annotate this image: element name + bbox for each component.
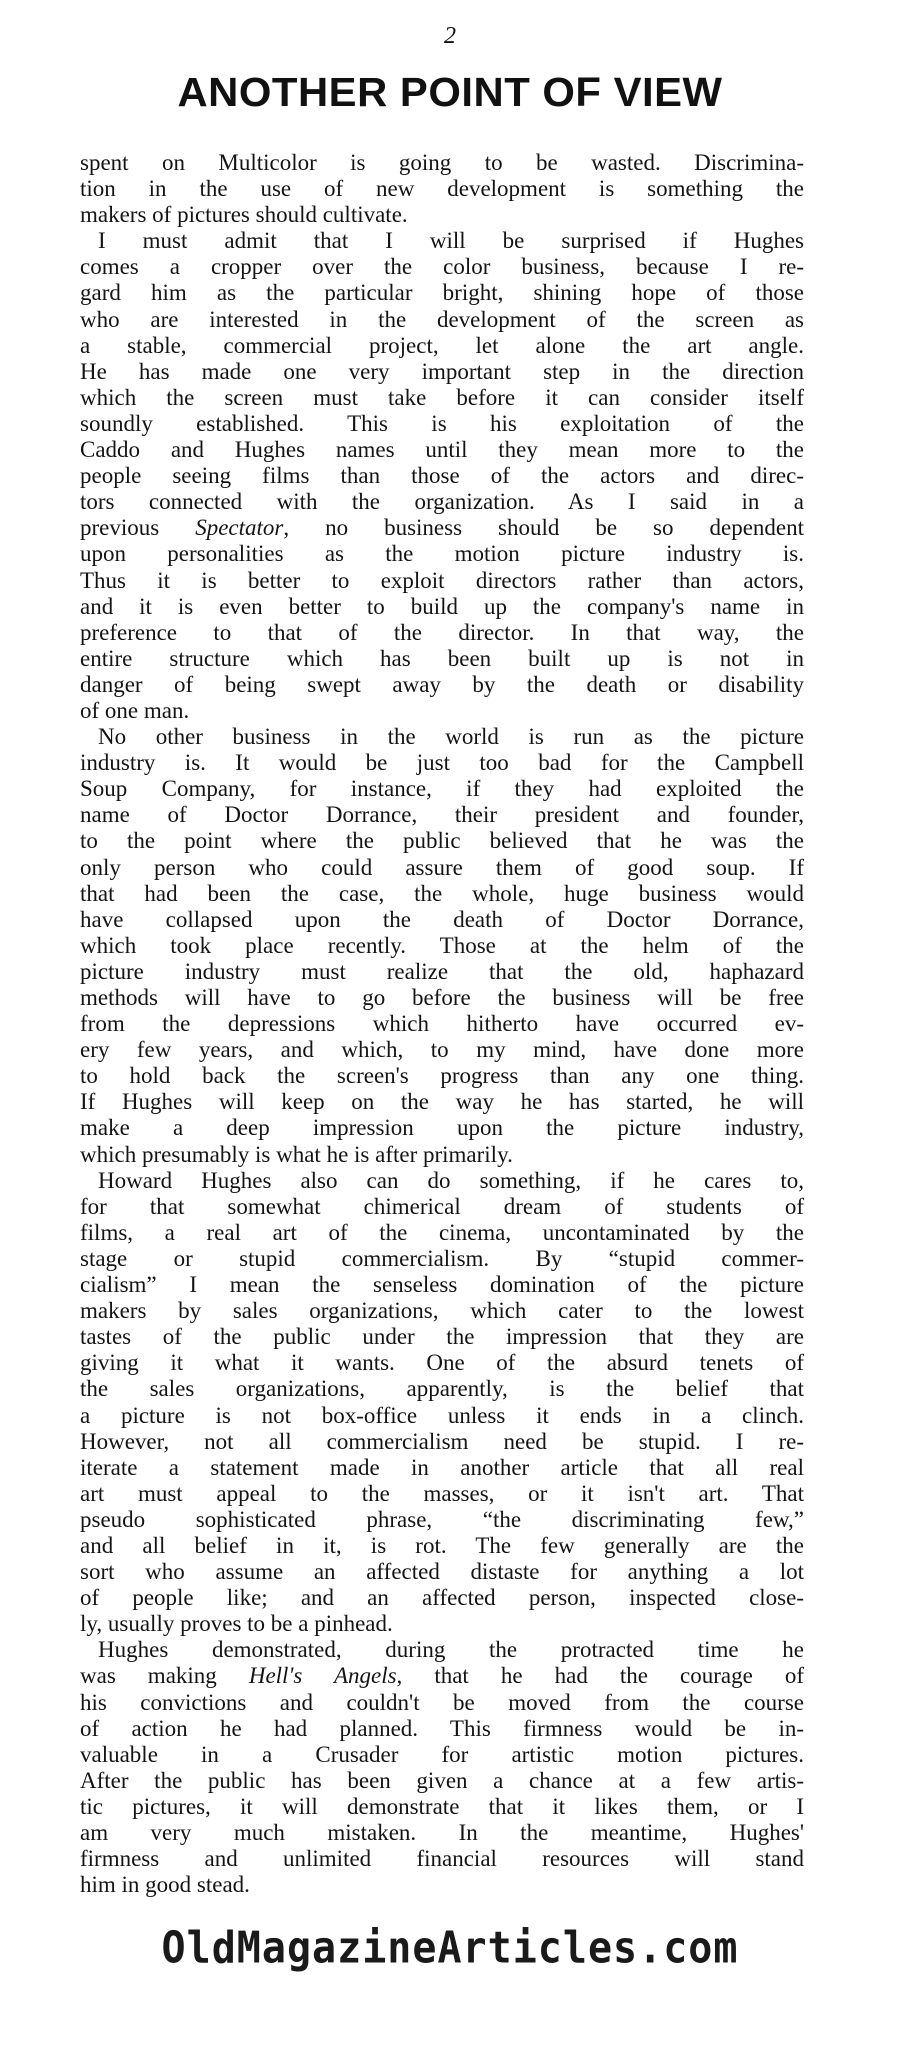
article-line: am very much mistaken. In the meantime, … xyxy=(80,1820,804,1846)
article-line: Caddo and Hughes names until they mean m… xyxy=(80,437,804,463)
footer-watermark: OldMagazineArticles.com xyxy=(0,1922,900,1975)
article-line: of action he had planned. This firmness … xyxy=(80,1716,804,1742)
article-line: stage or stupid commercialism. By “stupi… xyxy=(80,1246,804,1272)
article-line: firmness and unlimited financial resourc… xyxy=(80,1846,804,1872)
italic-title: Hell's Angels xyxy=(249,1663,397,1688)
article-line: a stable, commercial project, let alone … xyxy=(80,333,804,359)
article-line: which took place recently. Those at the … xyxy=(80,933,804,959)
article-line: soundly established. This is his exploit… xyxy=(80,411,804,437)
article-line: valuable in a Crusader for artistic moti… xyxy=(80,1742,804,1768)
article-line: a picture is not box-office unless it en… xyxy=(80,1403,804,1429)
article-line: that had been the case, the whole, huge … xyxy=(80,881,804,907)
article-line: previous Spectator, no business should b… xyxy=(80,515,804,541)
article-line: and all belief in it, is rot. The few ge… xyxy=(80,1533,804,1559)
article-line: preference to that of the director. In t… xyxy=(80,620,804,646)
article-line: ly, usually proves to be a pinhead. xyxy=(80,1611,804,1637)
article-line: which presumably is what he is after pri… xyxy=(80,1142,804,1168)
article-title: ANOTHER POINT OF VIEW xyxy=(0,68,900,116)
article-body: spent on Multicolor is going to be waste… xyxy=(80,150,804,1898)
article-line: only person who could assure them of goo… xyxy=(80,855,804,881)
article-line: and it is even better to build up the co… xyxy=(80,594,804,620)
article-line: iterate a statement made in another arti… xyxy=(80,1455,804,1481)
article-line: to the point where the public believed t… xyxy=(80,828,804,854)
article-line: ery few years, and which, to my mind, ha… xyxy=(80,1037,804,1063)
article-line: tic pictures, it will demonstrate that i… xyxy=(80,1794,804,1820)
article-line: spent on Multicolor is going to be waste… xyxy=(80,150,804,176)
article-line: tion in the use of new development is so… xyxy=(80,176,804,202)
article-line: make a deep impression upon the picture … xyxy=(80,1115,804,1141)
article-line: However, not all commercialism need be s… xyxy=(80,1429,804,1455)
article-line: pseudo sophisticated phrase, “the discri… xyxy=(80,1507,804,1533)
italic-title: Spectator xyxy=(195,515,283,540)
article-line: danger of being swept away by the death … xyxy=(80,672,804,698)
article-line: for that somewhat chimerical dream of st… xyxy=(80,1194,804,1220)
article-line: No other business in the world is run as… xyxy=(80,724,804,750)
article-line: films, a real art of the cinema, unconta… xyxy=(80,1220,804,1246)
article-line: Hughes demonstrated, during the protract… xyxy=(80,1637,804,1663)
article-line: cialism” I mean the senseless domination… xyxy=(80,1272,804,1298)
article-line: methods will have to go before the busin… xyxy=(80,985,804,1011)
article-line: him in good stead. xyxy=(80,1872,804,1898)
article-line: upon personalities as the motion picture… xyxy=(80,541,804,567)
article-line: of people like; and an affected person, … xyxy=(80,1585,804,1611)
article-line: industry is. It would be just too bad fo… xyxy=(80,750,804,776)
article-line: art must appeal to the masses, or it isn… xyxy=(80,1481,804,1507)
article-line: sort who assume an affected distaste for… xyxy=(80,1559,804,1585)
article-line: entire structure which has been built up… xyxy=(80,646,804,672)
article-line: After the public has been given a chance… xyxy=(80,1768,804,1794)
article-line: the sales organizations, apparently, is … xyxy=(80,1376,804,1402)
article-line: who are interested in the development of… xyxy=(80,307,804,333)
article-line: his convictions and couldn't be moved fr… xyxy=(80,1690,804,1716)
article-line: tors connected with the organization. As… xyxy=(80,489,804,515)
article-line: was making Hell's Angels, that he had th… xyxy=(80,1663,804,1689)
article-line: If Hughes will keep on the way he has st… xyxy=(80,1089,804,1115)
article-line: comes a cropper over the color business,… xyxy=(80,254,804,280)
article-line: people seeing films than those of the ac… xyxy=(80,463,804,489)
article-line: name of Doctor Dorrance, their president… xyxy=(80,802,804,828)
article-line: to hold back the screen's progress than … xyxy=(80,1063,804,1089)
article-line: Howard Hughes also can do something, if … xyxy=(80,1168,804,1194)
article-line: which the screen must take before it can… xyxy=(80,385,804,411)
article-line: tastes of the public under the impressio… xyxy=(80,1324,804,1350)
article-line: Thus it is better to exploit directors r… xyxy=(80,568,804,594)
article-line: makers by sales organizations, which cat… xyxy=(80,1298,804,1324)
article-line: He has made one very important step in t… xyxy=(80,359,804,385)
article-line: picture industry must realize that the o… xyxy=(80,959,804,985)
article-line: gard him as the particular bright, shini… xyxy=(80,280,804,306)
article-line: giving it what it wants. One of the absu… xyxy=(80,1350,804,1376)
page-number: 2 xyxy=(0,22,900,50)
article-line: makers of pictures should cultivate. xyxy=(80,202,804,228)
article-line: from the depressions which hitherto have… xyxy=(80,1011,804,1037)
article-line: Soup Company, for instance, if they had … xyxy=(80,776,804,802)
article-line: I must admit that I will be surprised if… xyxy=(80,228,804,254)
article-line: have collapsed upon the death of Doctor … xyxy=(80,907,804,933)
article-line: of one man. xyxy=(80,698,804,724)
